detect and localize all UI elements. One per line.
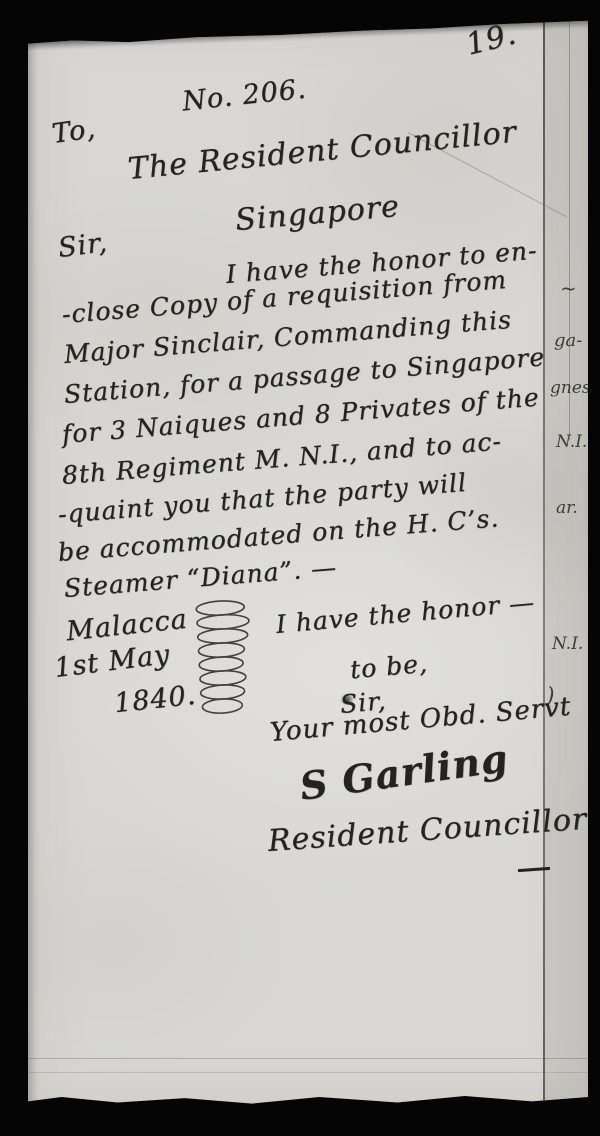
margin-fragment: N.I. <box>556 432 587 452</box>
signature-title: Resident Councillor <box>267 802 588 859</box>
paper-crease <box>28 1058 588 1059</box>
letter-number: No. 206. <box>181 74 308 118</box>
paper-sheet: 19. No. 206. To, The Resident Councillor… <box>28 12 588 1108</box>
margin-fragment: ~ <box>560 276 577 300</box>
margin-fragment: N.I. <box>552 634 583 654</box>
coil-doodle <box>188 596 257 725</box>
dateline-year: 1840. <box>113 680 198 719</box>
addressee-line-1: The Resident Councillor <box>126 115 518 187</box>
photo-background: 19. No. 206. To, The Resident Councillor… <box>0 0 600 1136</box>
margin-fragment: gnes <box>550 378 588 398</box>
closing-line-2: to be, <box>349 649 429 685</box>
page-edge-strip <box>543 12 588 1108</box>
address-to-label: To, <box>50 113 98 150</box>
page-fold-line <box>543 12 545 1108</box>
page-number: 19. <box>463 16 521 62</box>
page-fold-line-faint <box>569 20 570 440</box>
paper-crease <box>28 1072 588 1073</box>
closing-line-1: I have the honor — <box>275 587 536 639</box>
margin-fragment: ga- <box>554 330 582 351</box>
ink-smudge <box>341 694 353 705</box>
closing-line-4: Your most Obd. Servt <box>269 692 573 748</box>
addressee-line-2: Singapore <box>234 189 401 238</box>
margin-fragment: ar. <box>556 498 578 518</box>
dateline-place: Malacca <box>65 604 189 648</box>
margin-fragment: ) <box>546 684 555 709</box>
salutation: Sir, <box>56 227 109 264</box>
signature: S Garling <box>297 735 511 809</box>
